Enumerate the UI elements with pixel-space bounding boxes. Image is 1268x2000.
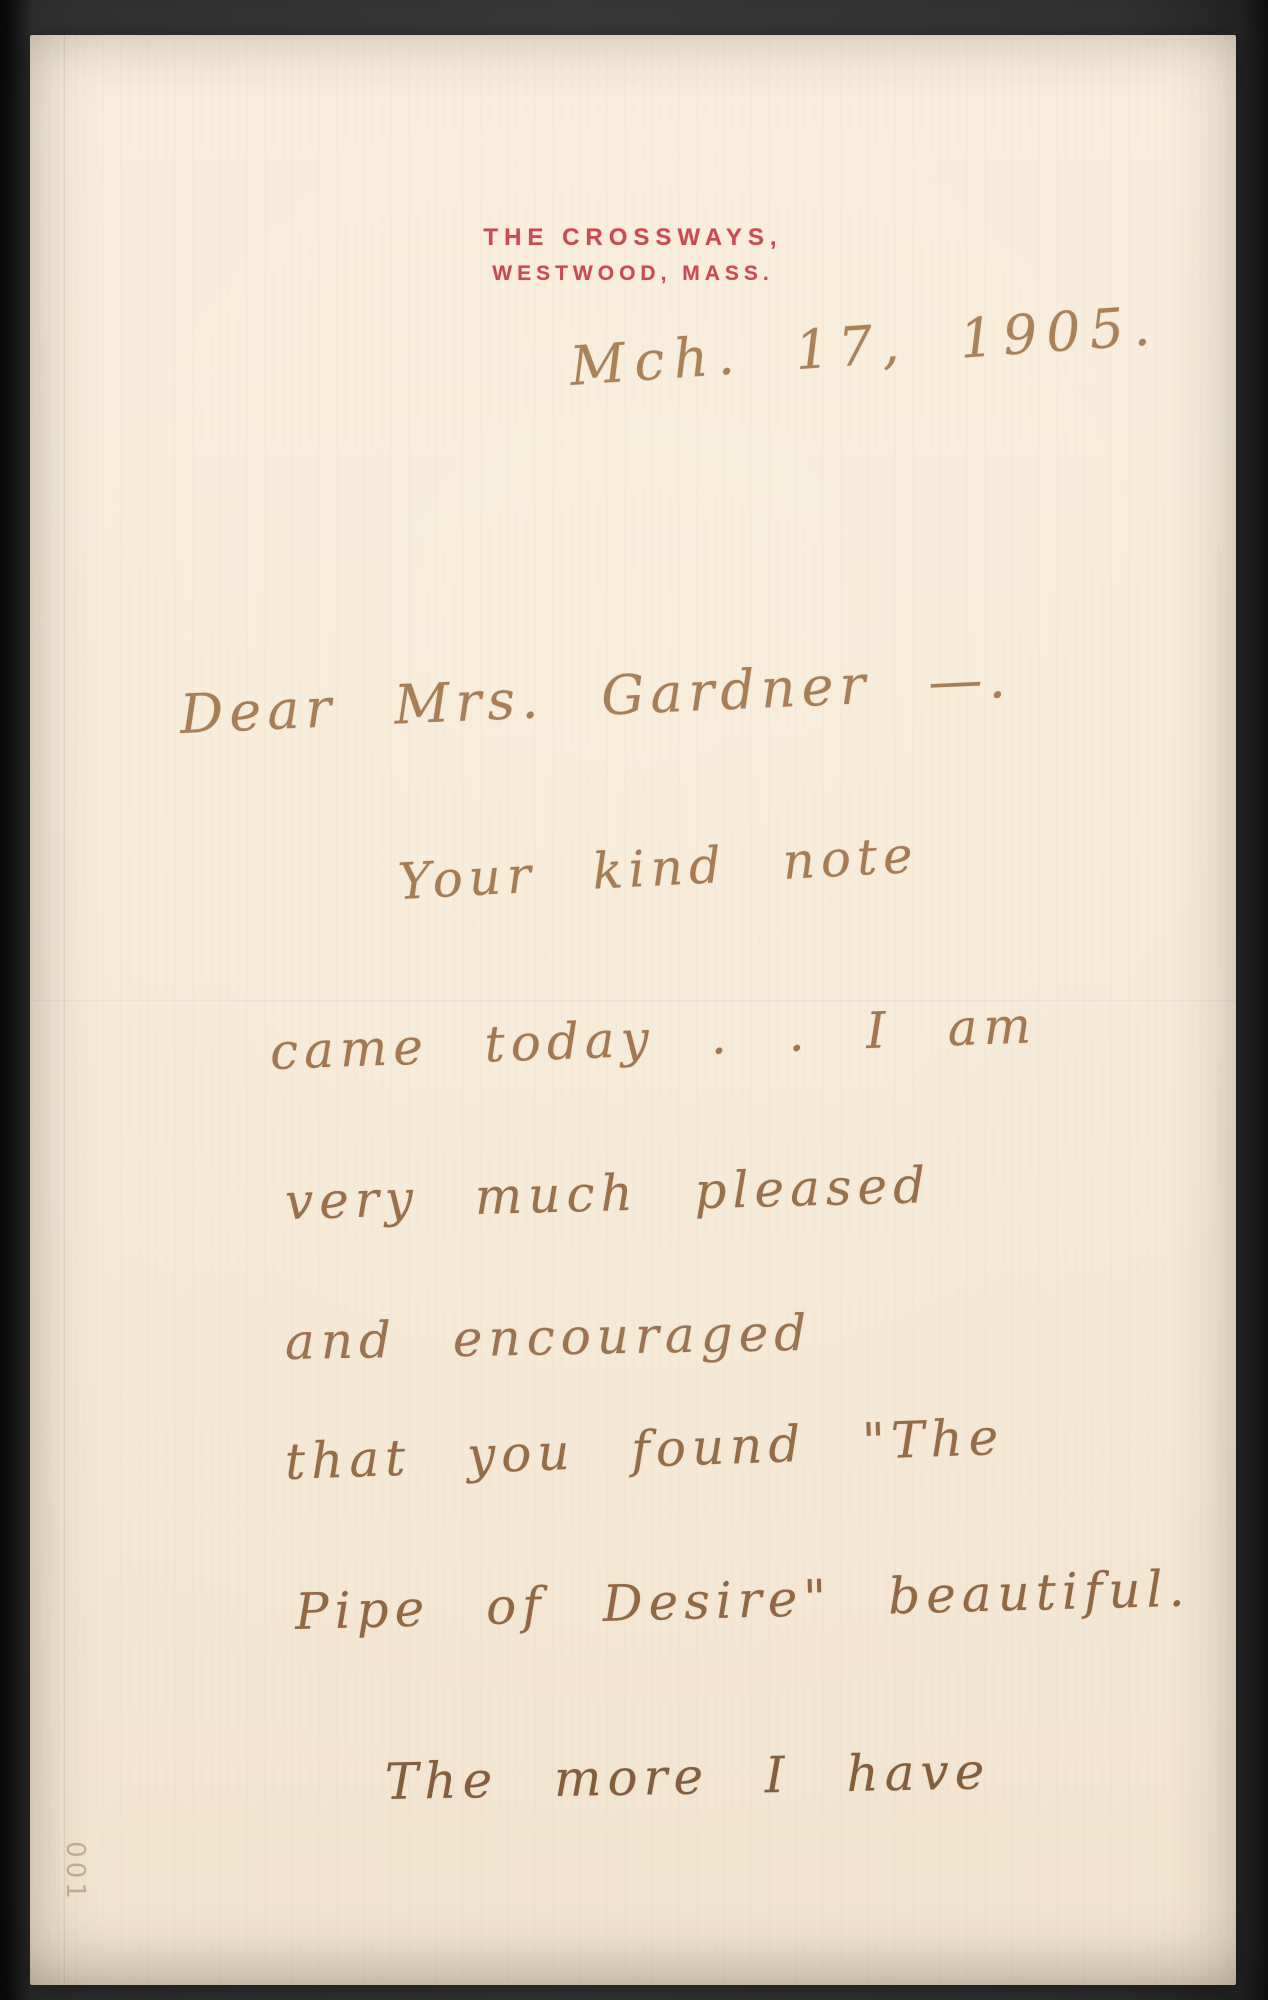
horizontal-fold-crease bbox=[30, 1000, 1236, 1003]
letter-paper: THE CROSSWAYS, WESTWOOD, MASS. Mch. 17, … bbox=[30, 35, 1236, 1985]
letter-line: came today . . I am bbox=[269, 996, 1038, 1081]
letter-line: Pipe of Desire" beautiful. bbox=[294, 1560, 1191, 1641]
letter-line: very much pleased bbox=[284, 1156, 932, 1231]
letterhead: THE CROSSWAYS, WESTWOOD, MASS. bbox=[30, 224, 1236, 286]
letterhead-line1: THE CROSSWAYS, bbox=[30, 224, 1236, 252]
letter-line: Your kind note bbox=[396, 826, 919, 911]
letter-line: and encouraged bbox=[284, 1304, 812, 1371]
vertical-fold-crease bbox=[62, 35, 65, 1985]
letter-line: The more I have bbox=[384, 1742, 990, 1811]
handwritten-date: Mch. 17, 1905. bbox=[568, 294, 1161, 398]
photo-backdrop: THE CROSSWAYS, WESTWOOD, MASS. Mch. 17, … bbox=[0, 0, 1268, 2000]
letter-line-salutation: Dear Mrs. Gardner —. bbox=[179, 647, 1013, 746]
pencil-page-number: 001 bbox=[60, 1841, 90, 1903]
letterhead-line2: WESTWOOD, MASS. bbox=[30, 262, 1236, 286]
letter-line: that you found "The bbox=[284, 1408, 1005, 1491]
